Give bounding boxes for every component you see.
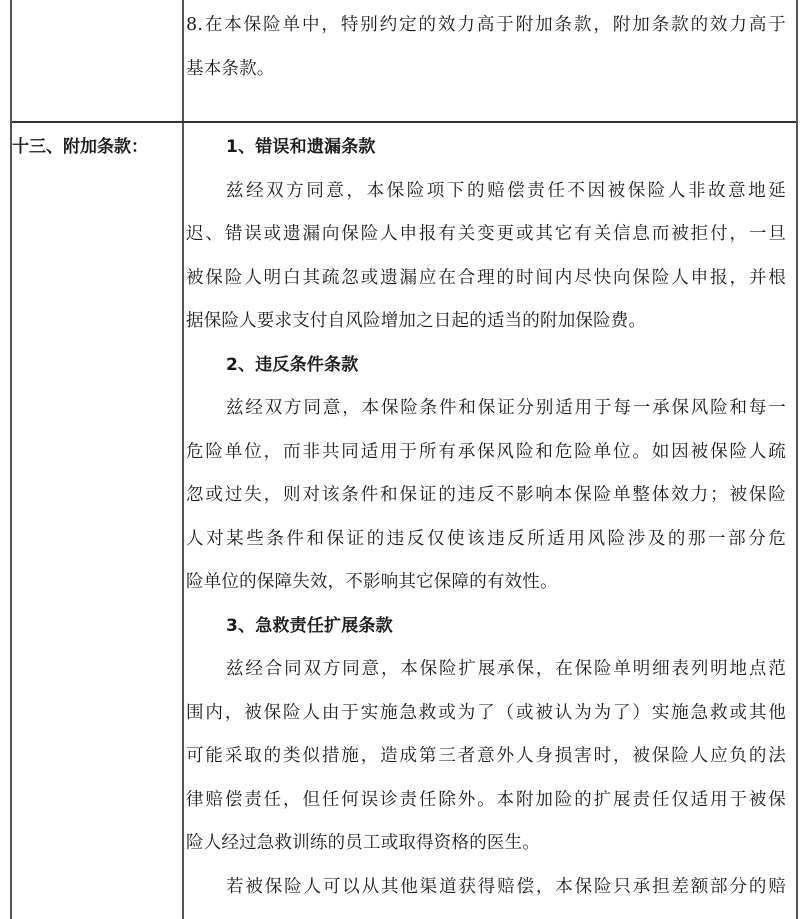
clause-text-line: 若被保险人可以从其他渠道获得赔偿，本保险只承担差额部分的赔	[186, 866, 786, 910]
clause-text-line: 围内，被保险人由于实施急救或为了（或被认为为了）实施急救或其他	[186, 692, 786, 736]
section-label: 十三、附加条款：	[12, 126, 172, 170]
column-divider	[182, 0, 184, 919]
clause-text-line: 忽或过失，则对该条件和保证的违反不影响本保险单整体效力；被保险	[186, 474, 786, 518]
clause-text-line: 危险单位，而非共同适用于所有承保风险和危险单位。如因被保险人疏	[186, 431, 786, 475]
clause-8-line: 基本条款。	[186, 48, 786, 92]
clause-text-line: 兹经合同双方同意，本保险扩展承保，在保险单明细表列明地点范	[186, 648, 786, 692]
clause-text-line: 迟、错误或遗漏向保险人申报有关变更或其它有关信息而被拒付，一旦	[186, 213, 786, 257]
clause-text-line: 律赔偿责任，但任何误诊责任除外。本附加险的扩展责任仅适用于被保	[186, 779, 786, 823]
clause-8-line: 8.在本保险单中，特别约定的效力高于附加条款，附加条款的效力高于	[186, 4, 786, 48]
clause-heading: 1、错误和遗漏条款	[186, 126, 786, 170]
clause-text-line: 被保险人明白其疏忽或遗漏应在合理的时间内尽快向保险人申报，并根	[186, 257, 786, 301]
clause-text-line: 据保险人要求支付自风险增加之日起的适当的附加保险费。	[186, 300, 786, 344]
additional-clauses-cell: 1、错误和遗漏条款 兹经双方同意，本保险项下的赔偿责任不因被保险人非故意地延 迟…	[186, 126, 786, 909]
clause-heading: 3、急救责任扩展条款	[186, 605, 786, 649]
clause-text-line: 兹经双方同意，本保险条件和保证分别适用于每一承保风险和每一	[186, 387, 786, 431]
clause-heading: 2、违反条件条款	[186, 344, 786, 388]
clause-text-line: 险人经过急救训练的员工或取得资格的医生。	[186, 822, 786, 866]
clause-text-line: 兹经双方同意，本保险项下的赔偿责任不因被保险人非故意地延	[186, 170, 786, 214]
clause-text-line: 可能采取的类似措施，造成第三者意外人身损害时，被保险人应负的法	[186, 735, 786, 779]
row-divider	[12, 121, 796, 123]
clause-text-line: 人对某些条件和保证的违反仅使该违反所适用风险涉及的那一部分危	[186, 518, 786, 562]
clause-8-cell: 8.在本保险单中，特别约定的效力高于附加条款，附加条款的效力高于 基本条款。	[186, 4, 786, 91]
clause-text-line: 险单位的保障失效，不影响其它保障的有效性。	[186, 561, 786, 605]
